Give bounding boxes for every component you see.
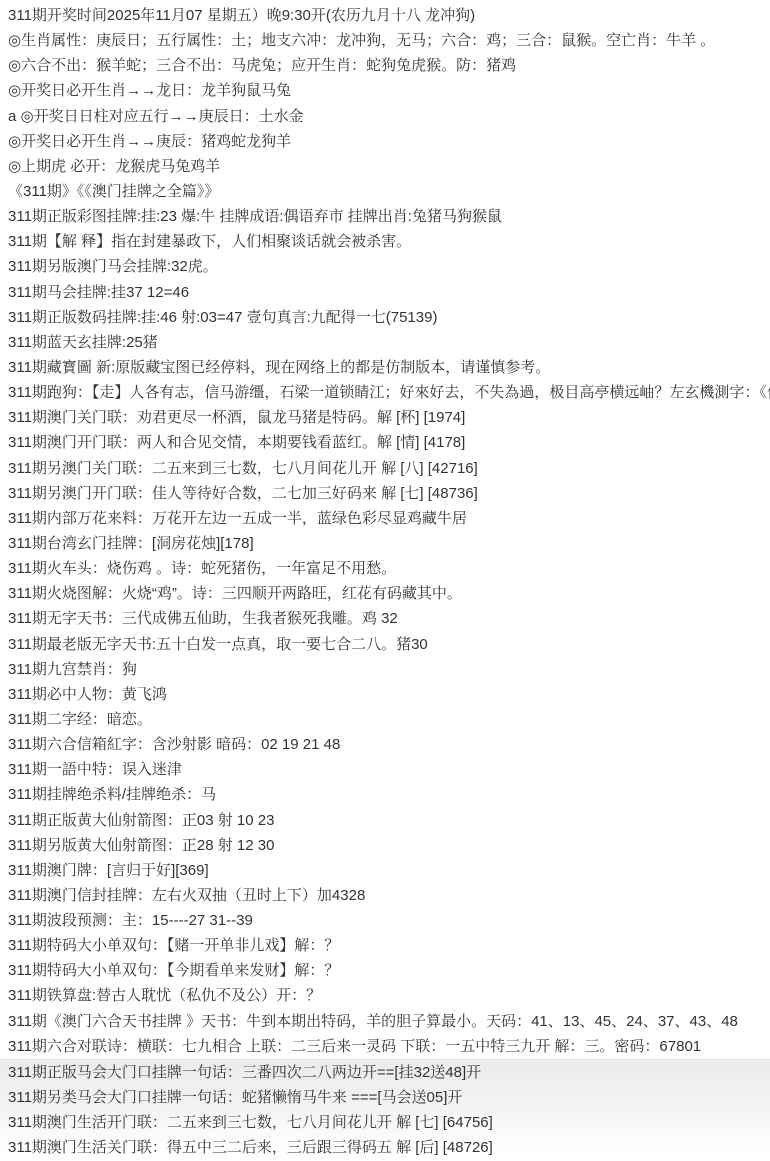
text-line: 311期另版澳门马会挂牌:32虎。 — [0, 254, 770, 279]
text-line: 311期澳门生活关门联：得五中三二后来，三后跟三得码五 解 [后] [48726… — [0, 1135, 770, 1160]
text-line: 311期六合对联诗：横联：七九相合 上联：二三后来一灵码 下联：一五中特三九开 … — [0, 1034, 770, 1059]
text-line: 311期另澳门开门联：佳人等待好合数，二七加三好码来 解 [七] [48736] — [0, 481, 770, 506]
text-line: 311期藏寳圖 新:原版藏宝图已经停料，现在网络上的都是仿制版本，请谨慎参考。 — [0, 355, 770, 380]
text-line: 311期火烧图解：火烧“鸡”。诗：三四顺开两路旺，红花有码藏其中。 — [0, 581, 770, 606]
text-line: 311期特码大小单双句：【赌一开单非儿戏】解：？ — [0, 933, 770, 958]
text-line: 311期特码大小单双句：【今期看单来发财】解：？ — [0, 958, 770, 983]
text-line: 311期另澳门关门联：二五来到三七数，七八月间花儿开 解 [八] [42716] — [0, 456, 770, 481]
text-line: 311期挂牌绝杀料/挂牌绝杀：马 — [0, 782, 770, 807]
text-line: ◎六合不出：猴羊蛇；三合不出：马虎兔；应开生肖：蛇狗兔虎猴。防：猪鸡 — [0, 53, 770, 78]
text-line: 311期澳门牌：[言归于好][369] — [0, 858, 770, 883]
text-line: 311期马会挂牌:挂37 12=46 — [0, 280, 770, 305]
text-line: 311期【解 释】指在封建暴政下，人们相聚谈话就会被杀害。 — [0, 229, 770, 254]
text-line: 311期另版黄大仙射箭图：正28 射 12 30 — [0, 833, 770, 858]
text-line: 311期九宫禁肖：狗 — [0, 657, 770, 682]
text-line: 311期内部万花来料：万花开左边一五成一半，蓝绿色彩尽显鸡藏牛居 — [0, 506, 770, 531]
draw-time-line: 311期开奖时间2025年11月07 星期五）晚9:30开(农历九月十八 龙冲狗… — [0, 3, 770, 28]
text-line: 311期正版数码挂牌:挂:46 射:03=47 壹句真言:九配得一七(75139… — [0, 305, 770, 330]
text-line: 311期正版黄大仙射箭图：正03 射 10 23 — [0, 808, 770, 833]
lottery-info-page: { "page": { "period": "311", "draw_date"… — [0, 0, 770, 1161]
text-line: ◎开奖日必开生肖→→庚辰：猪鸡蛇龙狗羊 — [0, 129, 770, 154]
info-text-section: 311期开奖时间2025年11月07 星期五）晚9:30开(农历九月十八 龙冲狗… — [0, 0, 770, 1059]
text-line: 311期澳门关门联：劝君更尽一杯酒，鼠龙马猪是特码。解 [杯] [1974] — [0, 405, 770, 430]
text-line: 311期六合信箱紅字：含沙射影 暗码：02 19 21 48 — [0, 732, 770, 757]
text-line: 311期另类马会大门口挂牌一句话：蛇猪懒惰马牛来 ===[马会送05]开 — [0, 1085, 770, 1110]
highlighted-text-section: 311期正版马会大门口挂牌一句话：三番四次二八两边开==[挂32送48]开 31… — [0, 1059, 770, 1161]
text-line: 311期最老版无字天书:五十白发一点真，取一要七合二八。猪30 — [0, 632, 770, 657]
section-title-line: 《311期》《《澳门挂牌之全篇》》 — [0, 179, 770, 204]
zodiac-attr-line: ◎生肖属性：庚辰日；五行属性：土；地支六冲：龙冲狗，无马；六合：鸡；三合：鼠猴。… — [0, 28, 770, 53]
text-line: 311期澳门开门联：两人和合见交情，本期要钱看蓝红。解 [情] [4178] — [0, 430, 770, 455]
text-line: 311期一語中特：误入迷津 — [0, 757, 770, 782]
text-line: 311期正版彩图挂牌:挂:23 爆:牛 挂牌成语:偶语弃市 挂牌出肖:兔猪马狗猴… — [0, 204, 770, 229]
text-line: 311期澳门信封挂牌：左右火双抽（丑时上下）加4328 — [0, 883, 770, 908]
text-line: 311期澳门生活开门联：二五来到三七数，七八月间花儿开 解 [七] [64756… — [0, 1110, 770, 1135]
text-line: 311期二字经：暗恋。 — [0, 707, 770, 732]
text-line: ◎开奖日必开生肖→→龙日：龙羊狗鼠马兔 — [0, 78, 770, 103]
text-line: 311期铁算盘:替古人耽忧（私仇不及公）开：？ — [0, 983, 770, 1008]
text-line: ◎上期虎 必开：龙猴虎马兔鸡羊 — [0, 154, 770, 179]
text-line: 311期火车头：烧伤鸡 。诗：蛇死猪伤，一年富足不用愁。 — [0, 556, 770, 581]
text-line: 311期正版马会大门口挂牌一句话：三番四次二八两边开==[挂32送48]开 — [0, 1060, 770, 1085]
text-line: 311期蓝天玄挂牌:25猪 — [0, 330, 770, 355]
text-line: a ◎开奖日日柱对应五行→→庚辰日：土水金 — [0, 104, 770, 129]
text-line: 311期台湾玄门挂牌：[洞房花烛][178] — [0, 531, 770, 556]
text-line: 311期跑狗：【走】人各有志，信马游缰，石梁一道锁睛江；好來好去，不失為過，极目… — [0, 380, 770, 405]
text-line: 311期波段预测：主：15----27 31--39 — [0, 908, 770, 933]
text-line: 311期《澳门六合天书挂牌 》天书：牛到本期出特码，羊的胆子算最小。天码：41、… — [0, 1009, 770, 1034]
text-line: 311期无字天书：三代成佛五仙助，生我者猴死我雕。鸡 32 — [0, 606, 770, 631]
text-line: 311期必中人物：黄飞鸿 — [0, 682, 770, 707]
